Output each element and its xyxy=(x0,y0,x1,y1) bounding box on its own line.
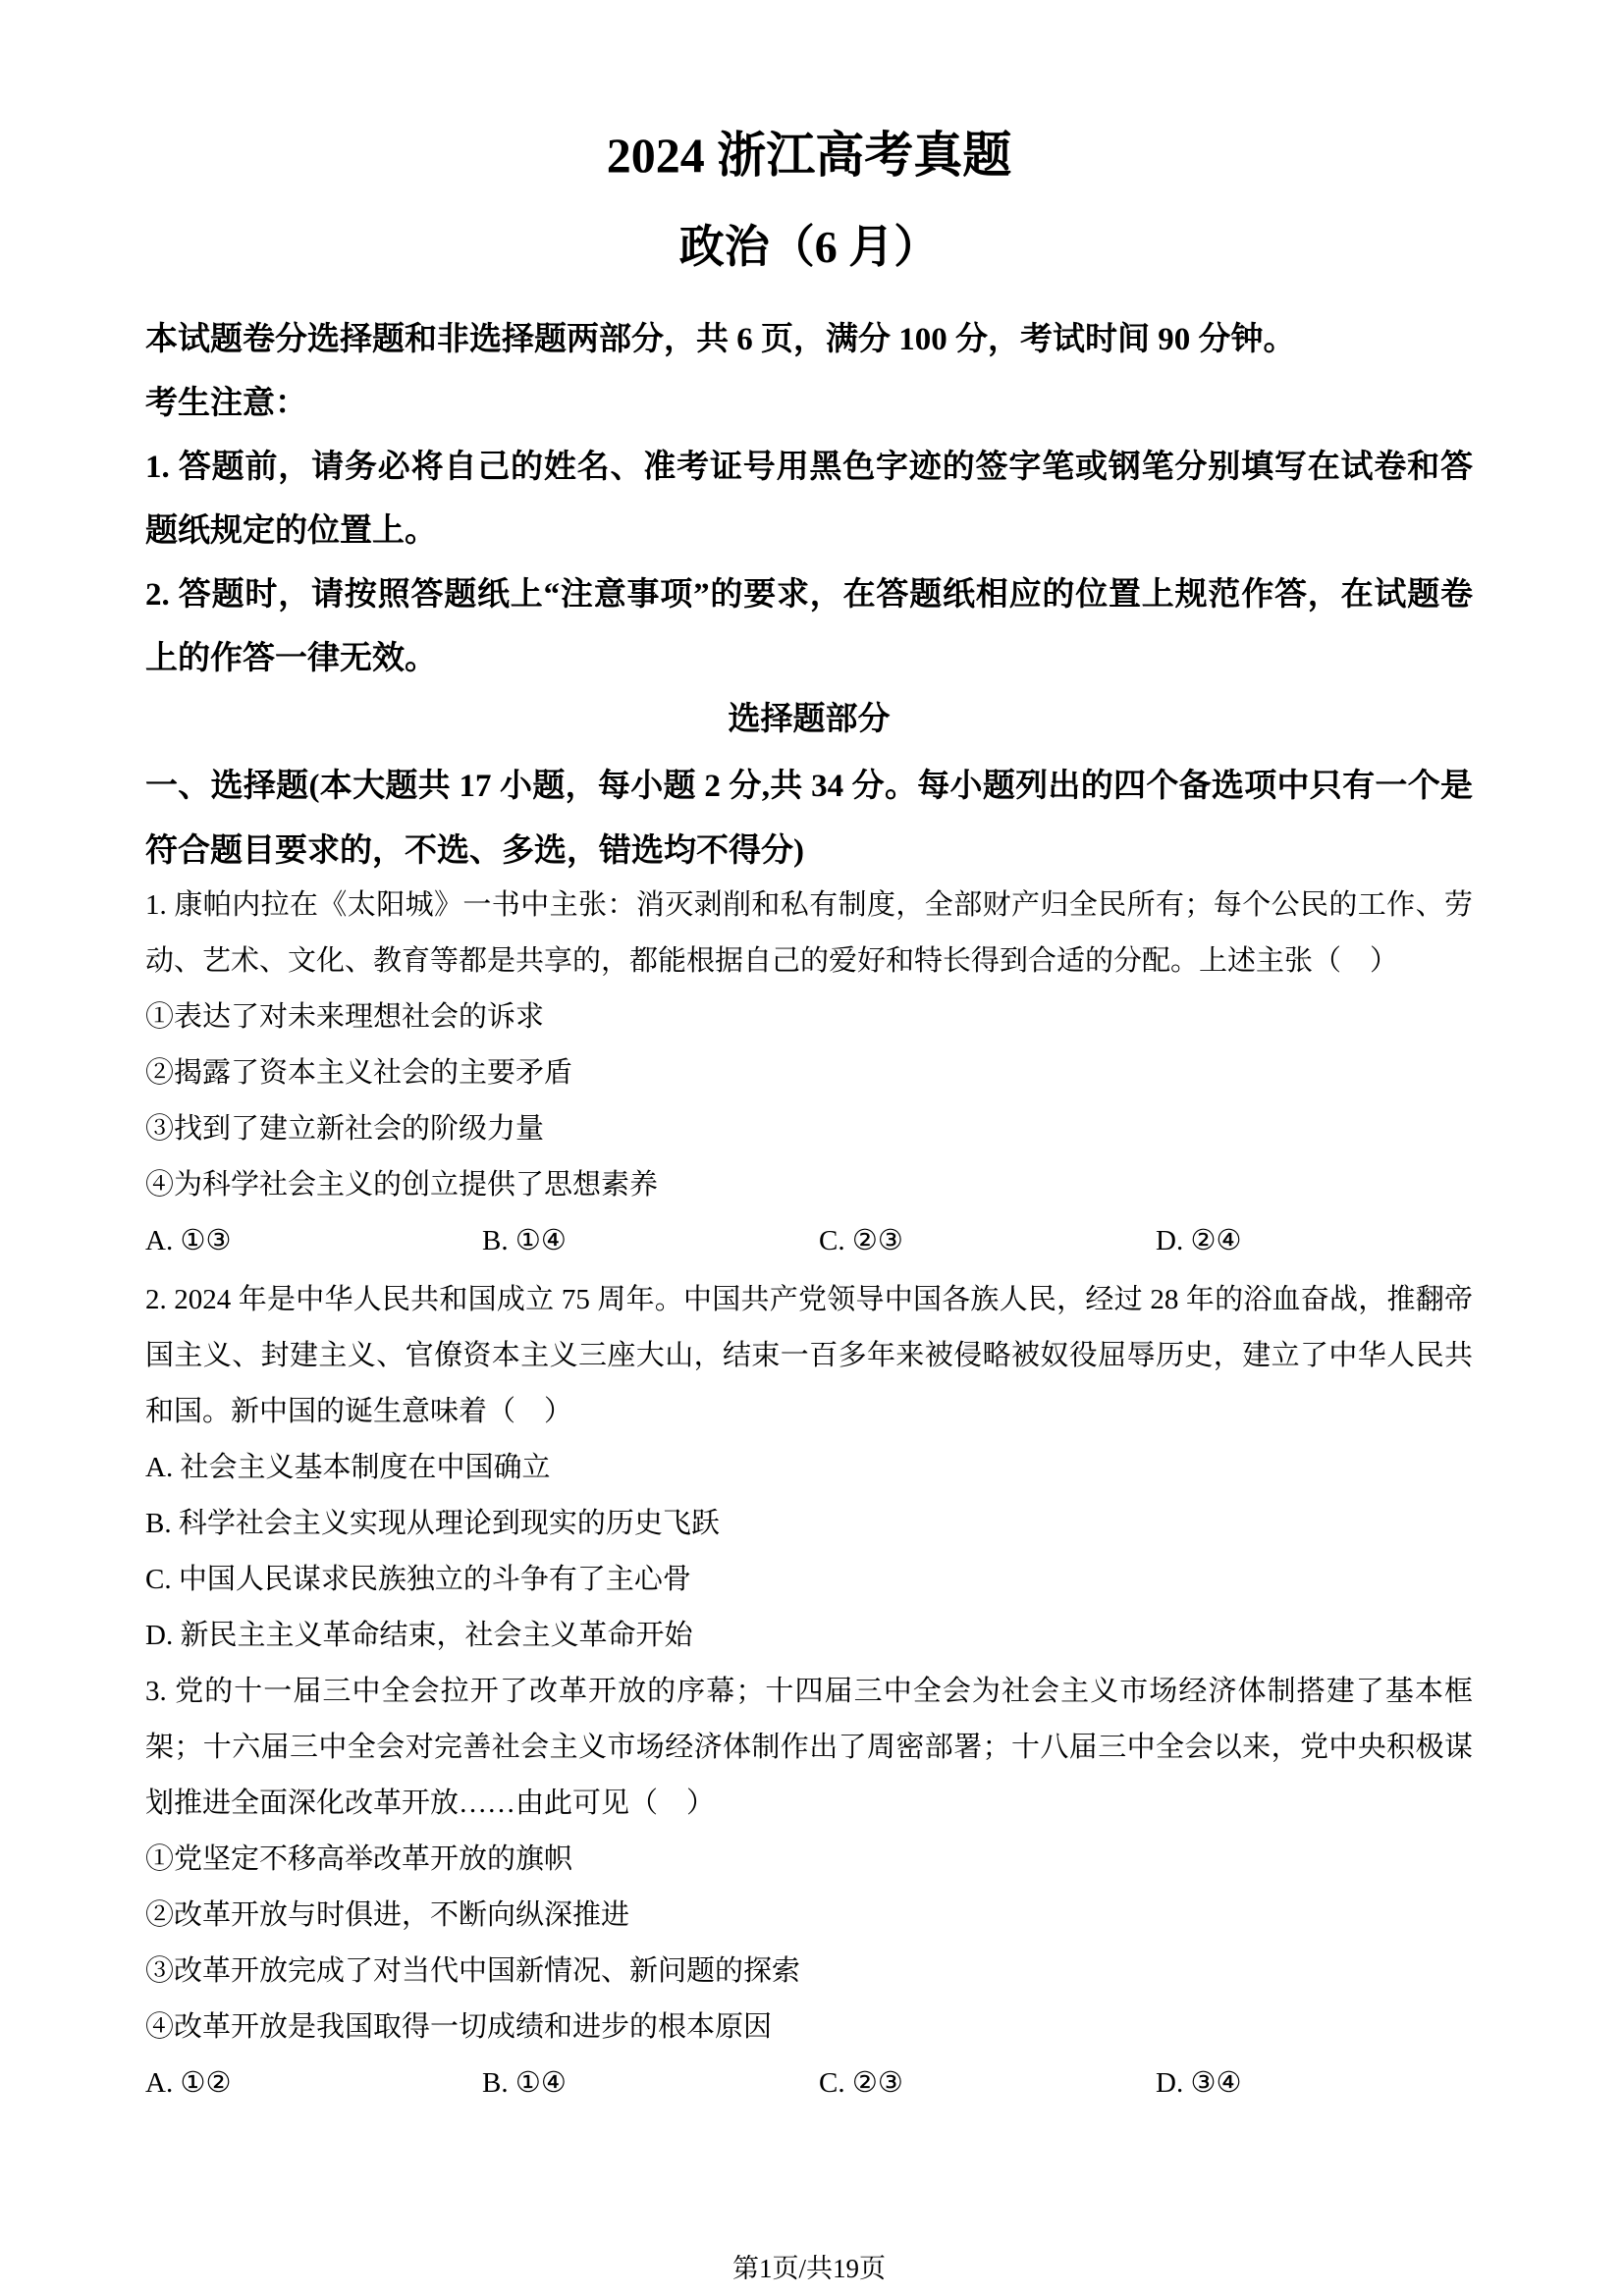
exam-info: 本试题卷分选择题和非选择题两部分，共 6 页，满分 100 分，考试时间 90 … xyxy=(145,308,1473,372)
question-3-option-b: B. ①④ xyxy=(482,2056,819,2111)
question-3-item-2: ②改革开放与时俱进，不断向纵深推进 xyxy=(145,1888,1473,1944)
exam-page: 2024 浙江高考真题 政治（6 月） 本试题卷分选择题和非选择题两部分，共 6… xyxy=(0,0,1624,2296)
question-1-stem: 1. 康帕内拉在《太阳城》一书中主张：消灭剥削和私有制度，全部财产归全民所有；每… xyxy=(145,878,1473,989)
question-3-option-d: D. ③④ xyxy=(1156,2056,1241,2111)
page-number: 第1页/共19页 xyxy=(145,2251,1473,2286)
question-1-item-3: ③找到了建立新社会的阶级力量 xyxy=(145,1101,1473,1157)
question-3-option-a: A. ①② xyxy=(145,2056,482,2111)
section-instructions: 一、选择题(本大题共 17 小题，每小题 2 分,共 34 分。每小题列出的四个… xyxy=(145,754,1473,883)
question-2-choice-a: A. 社会主义基本制度在中国确立 xyxy=(145,1440,1473,1496)
question-3-item-1: ①党坚定不移高举改革开放的旗帜 xyxy=(145,1832,1473,1888)
question-1-option-d: D. ②④ xyxy=(1156,1213,1241,1269)
section-heading: 选择题部分 xyxy=(145,687,1473,752)
question-2-choice-d: D. 新民主主义革命结束，社会主义革命开始 xyxy=(145,1608,1473,1664)
question-2: 2. 2024 年是中华人民共和国成立 75 周年。中国共产党领导中国各族人民，… xyxy=(145,1272,1473,1664)
question-2-choice-c: C. 中国人民谋求民族独立的斗争有了主心骨 xyxy=(145,1552,1473,1608)
exam-intro: 本试题卷分选择题和非选择题两部分，共 6 页，满分 100 分，考试时间 90 … xyxy=(145,308,1473,691)
question-3-item-4: ④改革开放是我国取得一切成绩和进步的根本原因 xyxy=(145,2000,1473,2056)
notice-item-1: 1. 答题前，请务必将自己的姓名、准考证号用黑色字迹的签字笔或钢笔分别填写在试卷… xyxy=(145,436,1473,563)
question-3-stem: 3. 党的十一届三中全会拉开了改革开放的序幕；十四届三中全会为社会主义市场经济体… xyxy=(145,1664,1473,1832)
question-3: 3. 党的十一届三中全会拉开了改革开放的序幕；十四届三中全会为社会主义市场经济体… xyxy=(145,1664,1473,2111)
question-2-choice-b: B. 科学社会主义实现从理论到现实的历史飞跃 xyxy=(145,1496,1473,1552)
doc-title: 2024 浙江高考真题 xyxy=(145,124,1473,187)
doc-subtitle: 政治（6 月） xyxy=(145,220,1473,275)
question-1-option-b: B. ①④ xyxy=(482,1213,819,1269)
question-2-stem: 2. 2024 年是中华人民共和国成立 75 周年。中国共产党领导中国各族人民，… xyxy=(145,1272,1473,1440)
question-1-item-2: ②揭露了资本主义社会的主要矛盾 xyxy=(145,1045,1473,1101)
notice-heading: 考生注意： xyxy=(145,372,1473,436)
question-1: 1. 康帕内拉在《太阳城》一书中主张：消灭剥削和私有制度，全部财产归全民所有；每… xyxy=(145,878,1473,1269)
question-1-options: A. ①③B. ①④C. ②③D. ②④ xyxy=(145,1213,1473,1269)
question-3-options: A. ①②B. ①④C. ②③D. ③④ xyxy=(145,2056,1473,2111)
question-3-item-3: ③改革开放完成了对当代中国新情况、新问题的探索 xyxy=(145,1944,1473,2000)
question-3-option-c: C. ②③ xyxy=(819,2056,1156,2111)
question-1-item-4: ④为科学社会主义的创立提供了思想素养 xyxy=(145,1157,1473,1213)
question-1-option-a: A. ①③ xyxy=(145,1213,482,1269)
question-1-item-1: ①表达了对未来理想社会的诉求 xyxy=(145,989,1473,1045)
question-1-option-c: C. ②③ xyxy=(819,1213,1156,1269)
notice-item-2: 2. 答题时，请按照答题纸上“注意事项”的要求，在答题纸相应的位置上规范作答，在… xyxy=(145,563,1473,691)
